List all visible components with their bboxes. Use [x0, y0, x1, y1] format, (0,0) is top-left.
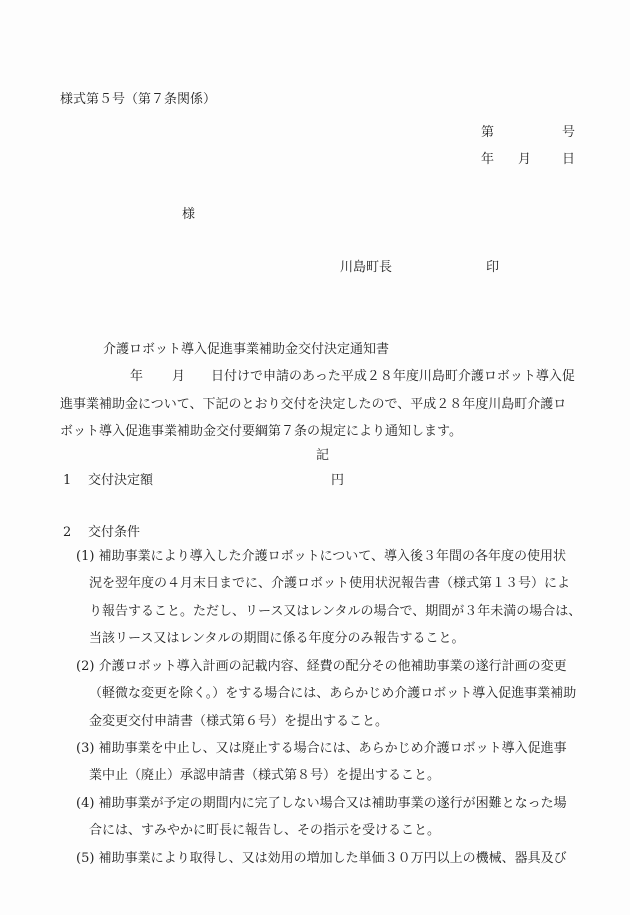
condition-item-4: (4) 補助事業が予定の期間内に完了しない場合又は補助事業の遂行が困難となった場 — [76, 795, 567, 813]
body-line1-text: 日付けで申請のあった平成２８年度川島町介護ロボット導入促 — [211, 368, 575, 386]
condition-marker: (2) — [76, 659, 94, 674]
condition-text: 介護ロボット導入計画の記載内容、経費の配分その他補助事業の遂行計画の変更 — [99, 659, 567, 674]
condition-marker: (4) — [76, 796, 94, 811]
condition-line: 況を翌年度の４月末日までに、介護ロボット使用状況報告書（様式第１３号）によ — [89, 575, 570, 593]
issue-number-prefix: 第 — [481, 124, 494, 142]
condition-line: 当該リース又はレンタルの期間に係る年度分のみ報告すること。 — [89, 630, 465, 648]
issue-date-month: 月 — [518, 151, 531, 169]
issue-number-suffix: 号 — [562, 124, 575, 142]
condition-marker: (3) — [76, 741, 94, 756]
body-line3: ボット導入促進事業補助金交付要綱第７条の規定により通知します。 — [60, 423, 462, 441]
ki-heading: 記 — [316, 447, 329, 465]
issuer-name: 川島町長 — [340, 259, 392, 277]
addressee-suffix: 様 — [182, 206, 195, 224]
condition-item-5: (5) 補助事業により取得し、又は効用の増加した単価３０万円以上の機械、器具及び — [76, 850, 567, 868]
condition-item-2: (2) 介護ロボット導入計画の記載内容、経費の配分その他補助事業の遂行計画の変更 — [76, 658, 567, 676]
form-label: 様式第５号（第７条関係） — [60, 91, 216, 109]
body-month: 月 — [172, 368, 185, 386]
body-line2: 進事業補助金について、下記のとおり交付を決定したので、平成２８年度川島町介護ロ — [60, 396, 566, 414]
condition-line: 業中止（廃止）承認申請書（様式第８号）を提出すること。 — [89, 767, 440, 785]
document-title: 介護ロボット導入促進事業補助金交付決定通知書 — [103, 341, 389, 359]
condition-item-3: (3) 補助事業を中止し、又は廃止する場合には、あらかじめ介護ロボット導入促進事 — [76, 740, 567, 758]
section1-label: 交付決定額 — [88, 472, 153, 490]
issuer-seal: 印 — [486, 259, 499, 277]
condition-marker: (5) — [76, 851, 94, 866]
section1-number: 1 — [63, 472, 71, 490]
condition-text: 補助事業を中止し、又は廃止する場合には、あらかじめ介護ロボット導入促進事 — [99, 741, 567, 756]
issue-date-day: 日 — [562, 151, 575, 169]
condition-line: （軽微な変更を除く。）をする場合には、あらかじめ介護ロボット導入促進事業補助 — [89, 685, 576, 703]
section2-label: 交付条件 — [88, 524, 140, 542]
condition-text: 補助事業により導入した介護ロボットについて、導入後３年間の各年度の使用状 — [99, 549, 566, 564]
body-year: 年 — [130, 368, 143, 386]
section1-unit: 円 — [331, 472, 344, 490]
condition-text: 補助事業により取得し、又は効用の増加した単価３０万円以上の機械、器具及び — [99, 851, 567, 866]
condition-line: 金変更交付申請書（様式第６号）を提出すること。 — [89, 713, 388, 731]
condition-line: 合には、すみやかに町長に報告し、その指示を受けること。 — [89, 822, 440, 840]
issue-date-year: 年 — [481, 151, 494, 169]
condition-marker: (1) — [76, 549, 94, 564]
condition-item-1: (1) 補助事業により導入した介護ロボットについて、導入後３年間の各年度の使用状 — [76, 548, 566, 566]
section2-number: 2 — [63, 524, 71, 542]
condition-text: 補助事業が予定の期間内に完了しない場合又は補助事業の遂行が困難となった場 — [99, 796, 567, 811]
condition-line: り報告すること。ただし、リース又はレンタルの場合で、期間が３年未満の場合は、 — [89, 603, 581, 621]
